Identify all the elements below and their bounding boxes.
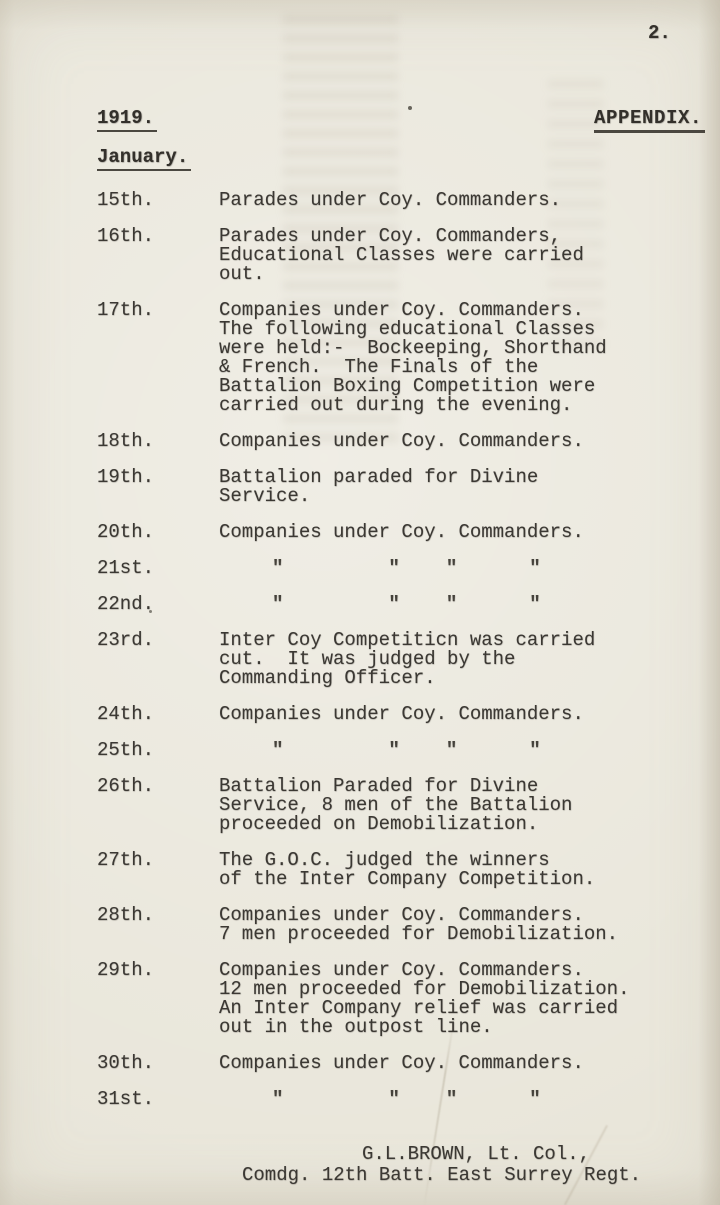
diary-entry: 29th. Companies under Coy. Commanders.12… xyxy=(97,961,677,1037)
entry-body: Parades under Coy. Commanders. xyxy=(219,191,677,210)
entry-line: Educational Classes were carried xyxy=(219,246,677,265)
entry-line: carried out during the evening. xyxy=(219,396,677,415)
ditto-mark: " xyxy=(529,595,540,614)
entry-body: """" xyxy=(219,595,677,614)
entry-line: Commanding Officer. xyxy=(219,669,677,688)
entry-date: 28th. xyxy=(97,906,219,944)
entry-date: 25th. xyxy=(97,741,219,760)
diary-entry: 15th. Parades under Coy. Commanders. xyxy=(97,191,677,210)
month-heading: January. xyxy=(97,147,191,171)
ditto-mark: " xyxy=(446,559,457,578)
diary-entry: 16th. Parades under Coy. Commanders,Educ… xyxy=(97,227,677,284)
diary-entry: 31st. """" xyxy=(97,1090,677,1109)
diary-entry: 17th. Companies under Coy. Commanders.Th… xyxy=(97,301,677,415)
entry-line: Companies under Coy. Commanders. xyxy=(219,523,677,542)
ditto-mark: " xyxy=(272,559,283,578)
ditto-mark: " xyxy=(529,741,540,760)
entry-body: Inter Coy Competiticn was carriedcut. It… xyxy=(219,631,677,688)
entry-line: out in the outpost line. xyxy=(219,1018,677,1037)
signature-title: Comdg. 12th Batt. East Surrey Regt. xyxy=(242,1165,641,1186)
entry-date: 26th. xyxy=(97,777,219,834)
ditto-mark: " xyxy=(272,1090,283,1109)
diary-entries: 15th. Parades under Coy. Commanders. 16t… xyxy=(97,191,677,1126)
entry-line: Companies under Coy. Commanders. xyxy=(219,1054,677,1073)
entry-date: 30th. xyxy=(97,1054,219,1073)
entry-date: 23rd. xyxy=(97,631,219,688)
page-header: 1919. APPENDIX. xyxy=(97,108,705,133)
signature-name: G.L.BROWN, Lt. Col., xyxy=(362,1144,641,1165)
diary-entry: 21st. """" xyxy=(97,559,677,578)
entry-line: Companies under Coy. Commanders. xyxy=(219,432,677,451)
ditto-mark: " xyxy=(272,741,283,760)
diary-entry: 27th. The G.O.C. judged the winnersof th… xyxy=(97,851,677,889)
entry-line: of the Inter Company Competition. xyxy=(219,870,677,889)
ditto-mark: " xyxy=(388,1090,399,1109)
year-heading: 1919. xyxy=(97,108,157,132)
entry-body: Parades under Coy. Commanders,Educationa… xyxy=(219,227,677,284)
diary-entry: 28th. Companies under Coy. Commanders.7 … xyxy=(97,906,677,944)
diary-entry: 26th. Battalion Paraded for DivineServic… xyxy=(97,777,677,834)
entry-date: 29th. xyxy=(97,961,219,1037)
entry-line: out. xyxy=(219,265,677,284)
ditto-mark: " xyxy=(446,595,457,614)
ditto-marks-row: """" xyxy=(219,559,677,578)
diary-entry: 19th. Battalion paraded for DivineServic… xyxy=(97,468,677,506)
entry-date: 20th. xyxy=(97,523,219,542)
ditto-marks-row: """" xyxy=(219,595,677,614)
diary-entry: 24th. Companies under Coy. Commanders. xyxy=(97,705,677,724)
diary-entry: 22nd. """" xyxy=(97,595,677,614)
entry-body: The G.O.C. judged the winnersof the Inte… xyxy=(219,851,677,889)
ditto-marks-row: """" xyxy=(219,741,677,760)
entry-date: 16th. xyxy=(97,227,219,284)
diary-entry: 18th. Companies under Coy. Commanders. xyxy=(97,432,677,451)
appendix-heading: APPENDIX. xyxy=(594,108,705,133)
entry-body: Companies under Coy. Commanders. xyxy=(219,432,677,451)
diary-entry: 23rd. Inter Coy Competiticn was carriedc… xyxy=(97,631,677,688)
entry-line: 7 men proceeded for Demobilization. xyxy=(219,925,677,944)
entry-line: Companies under Coy. Commanders. xyxy=(219,705,677,724)
entry-body: Companies under Coy. Commanders.The foll… xyxy=(219,301,677,415)
entry-line: Service. xyxy=(219,487,677,506)
entry-body: Companies under Coy. Commanders.7 men pr… xyxy=(219,906,677,944)
entry-date: 27th. xyxy=(97,851,219,889)
ditto-mark: " xyxy=(388,595,399,614)
page-number: 2. xyxy=(648,22,671,44)
entry-line: Parades under Coy. Commanders. xyxy=(219,191,677,210)
entry-body: """" xyxy=(219,559,677,578)
entry-date: 21st. xyxy=(97,559,219,578)
entry-body: """" xyxy=(219,741,677,760)
entry-date: 19th. xyxy=(97,468,219,506)
signature-block: G.L.BROWN, Lt. Col., Comdg. 12th Batt. E… xyxy=(97,1144,641,1186)
entry-date: 18th. xyxy=(97,432,219,451)
ditto-mark: " xyxy=(529,1090,540,1109)
ditto-mark: " xyxy=(272,595,283,614)
ditto-mark: " xyxy=(529,559,540,578)
entry-body: Companies under Coy. Commanders. xyxy=(219,523,677,542)
entry-body: Companies under Coy. Commanders. xyxy=(219,705,677,724)
entry-date: 22nd. xyxy=(97,595,219,614)
ditto-mark: " xyxy=(388,741,399,760)
ditto-mark: " xyxy=(446,741,457,760)
entry-date: 15th. xyxy=(97,191,219,210)
entry-body: Companies under Coy. Commanders. xyxy=(219,1054,677,1073)
entry-date: 24th. xyxy=(97,705,219,724)
ditto-mark: " xyxy=(446,1090,457,1109)
entry-body: Companies under Coy. Commanders.12 men p… xyxy=(219,961,677,1037)
entry-line: proceeded on Demobilization. xyxy=(219,815,677,834)
diary-entry: 30th. Companies under Coy. Commanders. xyxy=(97,1054,677,1073)
entry-body: """" xyxy=(219,1090,677,1109)
document-page: 2. 1919. APPENDIX. January. 15th. Parade… xyxy=(0,0,720,1205)
diary-entry: 20th. Companies under Coy. Commanders. xyxy=(97,523,677,542)
entry-body: Battalion Paraded for DivineService, 8 m… xyxy=(219,777,677,834)
diary-entry: 25th. """" xyxy=(97,741,677,760)
entry-date: 31st. xyxy=(97,1090,219,1109)
entry-date: 17th. xyxy=(97,301,219,415)
ditto-marks-row: """" xyxy=(219,1090,677,1109)
entry-body: Battalion paraded for DivineService. xyxy=(219,468,677,506)
ditto-mark: " xyxy=(388,559,399,578)
